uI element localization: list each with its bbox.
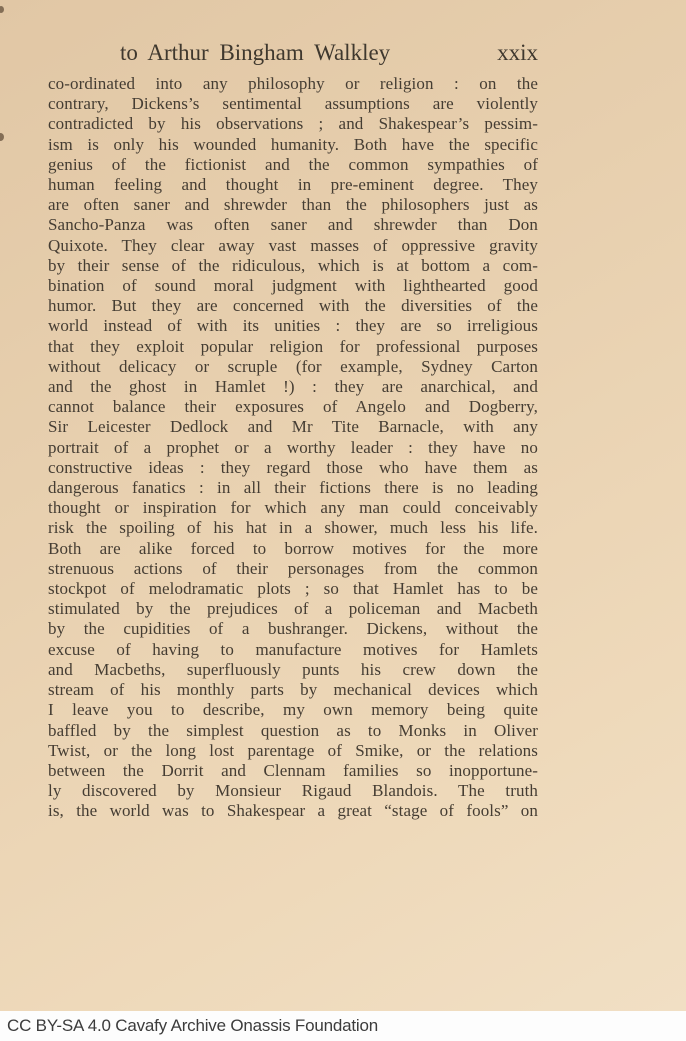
text-line: I leave you to describe, my own memory b… (48, 700, 538, 720)
page-number: xxix (497, 40, 538, 66)
attribution-text: CC BY-SA 4.0 Cavafy Archive Onassis Foun… (0, 1016, 378, 1036)
text-line: contrary, Dickens’s sentimental assumpti… (48, 94, 538, 114)
scan-artifact-speck (0, 6, 4, 13)
text-line: stream of his monthly parts by mechanica… (48, 680, 538, 700)
text-line: baffled by the simplest question as to M… (48, 721, 538, 741)
text-line: thought or inspiration for which any man… (48, 498, 538, 518)
body-text: co-ordinated into any philosophy or reli… (48, 74, 538, 822)
text-column: to Arthur Bingham Walkley xxix co-ordina… (48, 40, 538, 822)
text-line: constructive ideas : they regard those w… (48, 458, 538, 478)
text-line: Sancho-Panza was often saner and shrewde… (48, 215, 538, 235)
text-line: dangerous fanatics : in all their fictio… (48, 478, 538, 498)
text-line: co-ordinated into any philosophy or reli… (48, 74, 538, 94)
text-line: human feeling and thought in pre-eminent… (48, 175, 538, 195)
text-line: between the Dorrit and Clennam families … (48, 761, 538, 781)
text-line: strenuous actions of their personages fr… (48, 559, 538, 579)
text-line: Twist, or the long lost parentage of Smi… (48, 741, 538, 761)
scan-artifact-speck (0, 133, 4, 141)
text-line: stimulated by the prejudices of a police… (48, 599, 538, 619)
text-line: and Macbeths, superfluously punts his cr… (48, 660, 538, 680)
text-line: risk the spoiling of his hat in a shower… (48, 518, 538, 538)
text-line: by the cupidities of a bushranger. Dicke… (48, 619, 538, 639)
text-line: by their sense of the ridiculous, which … (48, 256, 538, 276)
text-line: portrait of a prophet or a worthy leader… (48, 438, 538, 458)
text-line: contradicted by his observations ; and S… (48, 114, 538, 134)
text-line: and the ghost in Hamlet !) : they are an… (48, 377, 538, 397)
text-line: Both are alike forced to borrow motives … (48, 539, 538, 559)
text-line: bination of sound moral judgment with li… (48, 276, 538, 296)
text-line: Sir Leicester Dedlock and Mr Tite Barnac… (48, 417, 538, 437)
book-page: to Arthur Bingham Walkley xxix co-ordina… (0, 0, 686, 1011)
text-line: humor. But they are concerned with the d… (48, 296, 538, 316)
text-line: stockpot of melodramatic plots ; so that… (48, 579, 538, 599)
text-line: cannot balance their exposures of Angelo… (48, 397, 538, 417)
attribution-bar: CC BY-SA 4.0 Cavafy Archive Onassis Foun… (0, 1011, 686, 1041)
header-title: to Arthur Bingham Walkley (120, 40, 390, 66)
text-line: excuse of having to manufacture motives … (48, 640, 538, 660)
text-line: are often saner and shrewder than the ph… (48, 195, 538, 215)
text-line: genius of the fictionist and the common … (48, 155, 538, 175)
text-line: ism is only his wounded humanity. Both h… (48, 135, 538, 155)
running-header: to Arthur Bingham Walkley xxix (48, 40, 538, 66)
text-line: without delicacy or scruple (for example… (48, 357, 538, 377)
text-line: world instead of with its unities : they… (48, 316, 538, 336)
text-line: ly discovered by Monsieur Rigaud Blandoi… (48, 781, 538, 801)
text-line: that they exploit popular religion for p… (48, 337, 538, 357)
text-line: Quixote. They clear away vast masses of … (48, 236, 538, 256)
text-line: is, the world was to Shakespear a great … (48, 801, 538, 821)
